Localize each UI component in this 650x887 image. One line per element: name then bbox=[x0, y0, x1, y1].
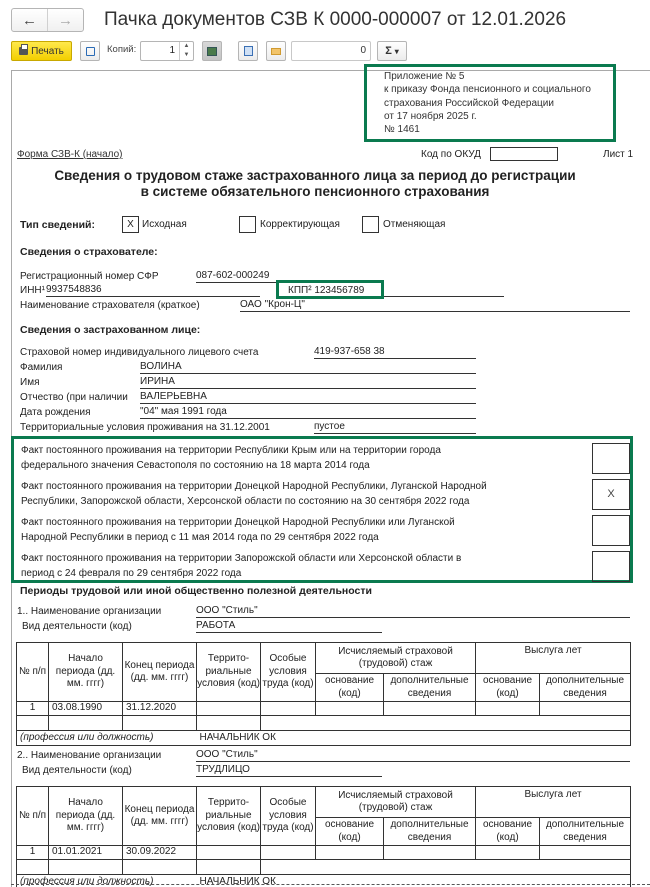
col-header-calc-group: Исчисляемый страховой (трудовой) стаж bbox=[316, 643, 476, 674]
col-header-seniority-group: Выслуга лет bbox=[476, 643, 631, 674]
document-heading: Сведения о трудовом стаже застрахованног… bbox=[20, 168, 610, 200]
inn-value: 9937548836 bbox=[46, 284, 260, 297]
back-button[interactable]: ← bbox=[12, 9, 47, 31]
cell-extra bbox=[540, 846, 631, 860]
org-value: ООО "Стиль" bbox=[196, 749, 630, 762]
cell-special bbox=[261, 702, 316, 716]
insurer-name-value: ОАО "Крон-Ц" bbox=[240, 299, 630, 312]
appendix-line: к приказу Фонда пенсионного и социальног… bbox=[384, 83, 613, 96]
patronymic-label: Отчество (при наличии bbox=[20, 392, 128, 403]
cell-num: 1 bbox=[17, 702, 49, 716]
info-type-option-label: Отменяющая bbox=[383, 219, 445, 230]
periods-table: № п/п Начало периода (дд. мм. гггг) Коне… bbox=[16, 786, 631, 887]
profession-value: НАЧАЛЬНИК ОК bbox=[197, 875, 631, 887]
preview-button[interactable] bbox=[80, 41, 100, 61]
insured-section-title: Сведения о застрахованном лице: bbox=[20, 324, 200, 336]
cell-terr bbox=[197, 702, 261, 716]
profession-label: (профессия или должность) bbox=[17, 731, 197, 746]
sum-button[interactable]: Σ ▾ bbox=[377, 41, 407, 61]
cell-special bbox=[261, 846, 316, 860]
col-header-basis: основание (код) bbox=[316, 818, 384, 846]
table-row bbox=[17, 716, 631, 731]
copies-input[interactable]: 1 ▲ ▼ bbox=[140, 41, 194, 61]
terr-value: пустое bbox=[314, 421, 476, 434]
col-header-start: Начало периода (дд. мм. гггг) bbox=[49, 643, 123, 702]
copies-value: 1 bbox=[169, 45, 175, 56]
col-header-calc-group: Исчисляемый страховой (трудовой) стаж bbox=[316, 787, 476, 818]
fact-checkbox[interactable] bbox=[592, 515, 630, 546]
reg-number-label: Регистрационный номер СФР bbox=[20, 271, 159, 282]
profession-row: (профессия или должность) НАЧАЛЬНИК ОК bbox=[17, 875, 631, 887]
fact-checkbox[interactable] bbox=[592, 551, 630, 582]
copies-spinner[interactable]: ▲ ▼ bbox=[179, 42, 193, 60]
surname-value: ВОЛИНА bbox=[140, 361, 476, 374]
copies-label: Копий: bbox=[107, 44, 136, 55]
profession-label: (профессия или должность) bbox=[17, 875, 197, 887]
snils-value: 419-937-658 38 bbox=[314, 346, 476, 359]
col-header-extra: дополнительные сведения bbox=[384, 674, 476, 702]
birth-value: "04" мая 1991 года bbox=[140, 406, 476, 419]
appendix-line: № 1461 bbox=[384, 123, 613, 136]
cell-basis bbox=[316, 702, 384, 716]
periods-table: № п/п Начало периода (дд. мм. гггг) Коне… bbox=[16, 642, 631, 746]
info-type-label: Тип сведений: bbox=[20, 219, 95, 231]
col-header-extra: дополнительные сведения bbox=[540, 674, 631, 702]
fact-text: Факт постоянного проживания на территори… bbox=[21, 443, 561, 473]
cell-num: 1 bbox=[17, 846, 49, 860]
preview-icon bbox=[86, 47, 95, 56]
org-label: 2.. Наименование организации bbox=[17, 750, 161, 761]
form-link[interactable]: Форма СЗВ-К (начало) bbox=[17, 149, 123, 160]
activity-value: РАБОТА bbox=[196, 620, 382, 633]
name-value: ИРИНА bbox=[140, 376, 476, 389]
floppy-disk-icon bbox=[244, 46, 253, 56]
table-row: 1 03.08.1990 31.12.2020 bbox=[17, 702, 631, 716]
kpp-underline bbox=[384, 296, 504, 297]
table-row: 1 01.01.2021 30.09.2022 bbox=[17, 846, 631, 860]
name-label: Имя bbox=[20, 377, 39, 388]
col-header-basis: основание (код) bbox=[316, 674, 384, 702]
cell-end: 30.09.2022 bbox=[123, 846, 197, 860]
col-header-start: Начало периода (дд. мм. гггг) bbox=[49, 787, 123, 846]
col-header-basis: основание (код) bbox=[476, 674, 540, 702]
fact-checkbox[interactable] bbox=[592, 443, 630, 474]
forward-button[interactable]: → bbox=[47, 9, 83, 31]
col-header-end: Конец периода (дд. мм. гггг) bbox=[123, 643, 197, 702]
activity-value: ТРУДЛИЦО bbox=[196, 764, 382, 777]
sigma-icon: Σ bbox=[385, 45, 392, 57]
edit-mode-button[interactable] bbox=[202, 41, 222, 61]
cell-extra bbox=[384, 846, 476, 860]
col-header-terr: Террито-риальные условия (код) bbox=[197, 787, 261, 846]
appendix-line: Приложение № 5 bbox=[384, 70, 613, 83]
info-type-option-label: Исходная bbox=[142, 219, 187, 230]
info-type-option-label: Корректирующая bbox=[260, 219, 340, 230]
chevron-down-icon: ▾ bbox=[395, 47, 399, 56]
col-header-terr: Террито-риальные условия (код) bbox=[197, 643, 261, 702]
col-header-extra: дополнительные сведения bbox=[384, 818, 476, 846]
birth-label: Дата рождения bbox=[20, 407, 91, 418]
kpp-field: КПП² 123456789 bbox=[276, 280, 384, 299]
profession-row: (профессия или должность) НАЧАЛЬНИК ОК bbox=[17, 731, 631, 746]
patronymic-value: ВАЛЕРЬЕВНА bbox=[140, 391, 476, 404]
residence-facts: Факт постоянного проживания на территори… bbox=[11, 436, 633, 583]
arrow-right-icon: → bbox=[58, 12, 73, 29]
cell-basis bbox=[476, 846, 540, 860]
fact-text: Факт постоянного проживания на территори… bbox=[21, 551, 561, 581]
window-title: Пачка документов СЗВ К 0000-000007 от 12… bbox=[104, 9, 566, 31]
kpp-label: КПП² bbox=[288, 285, 312, 296]
arrow-left-icon: ← bbox=[22, 12, 37, 29]
cell-extra bbox=[540, 702, 631, 716]
activity-label: Вид деятельности (код) bbox=[22, 621, 132, 632]
spinner-down-icon[interactable]: ▼ bbox=[180, 51, 193, 60]
surname-label: Фамилия bbox=[20, 362, 62, 373]
sum-field: 0 bbox=[291, 41, 371, 61]
org-label: 1.. Наименование организации bbox=[17, 606, 161, 617]
fact-text: Факт постоянного проживания на территори… bbox=[21, 479, 561, 509]
appendix-note: Приложение № 5 к приказу Фонда пенсионно… bbox=[364, 64, 616, 142]
page-break bbox=[11, 884, 650, 885]
cell-start: 01.01.2021 bbox=[49, 846, 123, 860]
heading-line: Сведения о трудовом стаже застрахованног… bbox=[20, 168, 610, 184]
col-header-seniority-group: Выслуга лет bbox=[476, 787, 631, 818]
appendix-line: страхования Российской Федерации bbox=[384, 97, 613, 110]
terr-label: Территориальные условия проживания на 31… bbox=[20, 422, 270, 433]
print-button[interactable]: Печать bbox=[11, 41, 72, 61]
org-value: ООО "Стиль" bbox=[196, 605, 630, 618]
insurer-name-label: Наименование страхователя (краткое) bbox=[20, 300, 200, 311]
info-type-checkbox-corrective[interactable] bbox=[239, 216, 256, 233]
heading-line: в системе обязательного пенсионного стра… bbox=[20, 184, 610, 200]
info-type-checkbox-cancel[interactable] bbox=[362, 216, 379, 233]
cell-end: 31.12.2020 bbox=[123, 702, 197, 716]
info-type-checkbox-initial[interactable]: X bbox=[122, 216, 139, 233]
col-header-end: Конец периода (дд. мм. гггг) bbox=[123, 787, 197, 846]
kpp-value: 123456789 bbox=[314, 285, 364, 296]
profession-value: НАЧАЛЬНИК ОК bbox=[197, 731, 631, 746]
col-header-extra: дополнительные сведения bbox=[540, 818, 631, 846]
okud-field bbox=[490, 147, 558, 161]
col-header-num: № п/п bbox=[17, 643, 49, 702]
cell-basis bbox=[476, 702, 540, 716]
insurer-section-title: Сведения о страхователе: bbox=[20, 246, 158, 258]
printer-icon bbox=[19, 47, 28, 55]
col-header-num: № п/п bbox=[17, 787, 49, 846]
snils-label: Страховой номер индивидуального лицевого… bbox=[20, 347, 258, 358]
col-header-special: Особые условия труда (код) bbox=[261, 643, 316, 702]
cell-start: 03.08.1990 bbox=[49, 702, 123, 716]
save-button[interactable] bbox=[238, 41, 258, 61]
reg-number-value: 087-602-000249 bbox=[196, 270, 280, 283]
fact-checkbox[interactable]: X bbox=[592, 479, 630, 510]
col-header-special: Особые условия труда (код) bbox=[261, 787, 316, 846]
sheet-number: Лист 1 bbox=[603, 149, 633, 160]
send-email-button[interactable] bbox=[266, 41, 286, 61]
col-header-basis: основание (код) bbox=[476, 818, 540, 846]
envelope-icon bbox=[271, 48, 281, 55]
fact-text: Факт постоянного проживания на территори… bbox=[21, 515, 561, 545]
okud-label: Код по ОКУД bbox=[421, 149, 481, 160]
activity-label: Вид деятельности (код) bbox=[22, 765, 132, 776]
cell-basis bbox=[316, 846, 384, 860]
navigation-buttons: ← → bbox=[11, 8, 84, 32]
inn-label: ИНН¹ bbox=[20, 285, 45, 296]
cell-terr bbox=[197, 846, 261, 860]
print-label: Печать bbox=[31, 46, 64, 57]
appendix-line: от 17 ноября 2025 г. bbox=[384, 110, 613, 123]
spinner-up-icon[interactable]: ▲ bbox=[180, 42, 193, 51]
edit-table-icon bbox=[207, 47, 217, 56]
periods-section-title: Периоды трудовой или иной общественно по… bbox=[20, 585, 372, 597]
cell-extra bbox=[384, 702, 476, 716]
table-row bbox=[17, 860, 631, 875]
